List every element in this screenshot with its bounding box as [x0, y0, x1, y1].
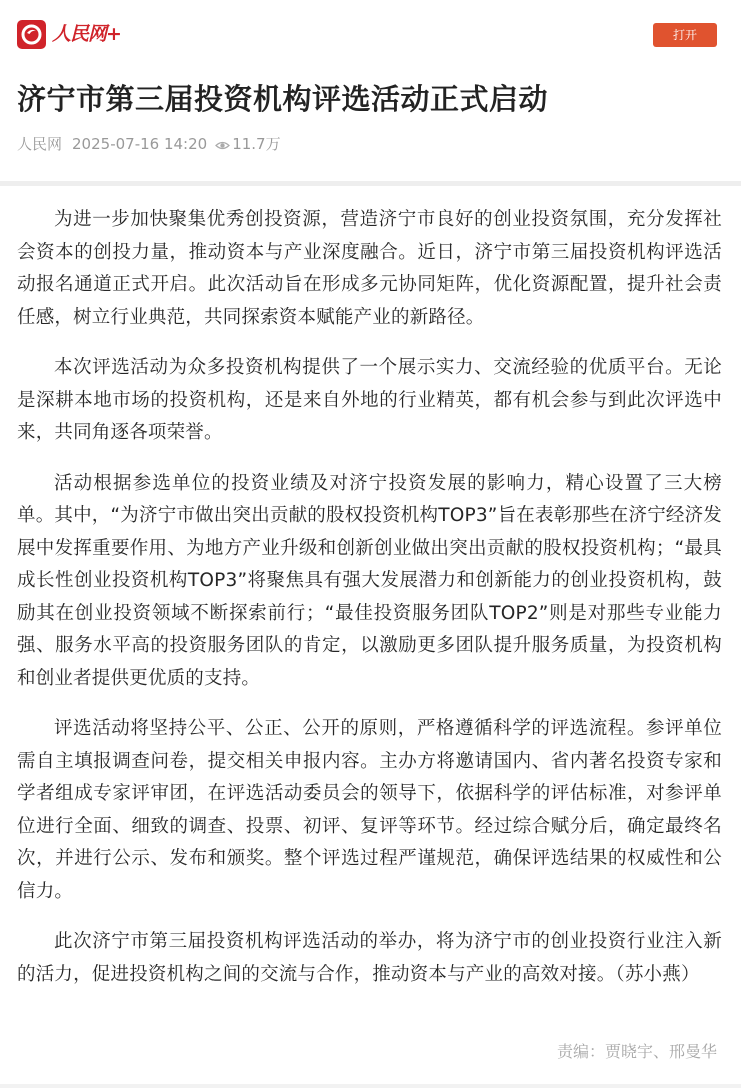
article-meta: 人民网 2025-07-16 14:20 11.7万	[17, 134, 281, 154]
view-count: 11.7万	[232, 134, 280, 154]
open-app-button[interactable]: 打开	[653, 23, 717, 47]
article-body: 为进一步加快聚集优秀创投资源，营造济宁市良好的创业投资氛围，充分发挥社会资本的创…	[17, 204, 722, 1009]
eye-icon	[215, 138, 230, 153]
article-paragraph: 此次济宁市第三届投资机构评选活动的举办，将为济宁市的创业投资行业注入新的活力，促…	[17, 926, 722, 991]
people-daily-logo-icon	[17, 20, 46, 49]
article-paragraph: 为进一步加快聚集优秀创投资源，营造济宁市良好的创业投资氛围，充分发挥社会资本的创…	[17, 204, 722, 334]
article-paragraph: 本次评选活动为众多投资机构提供了一个展示实力、交流经验的优质平台。无论是深耕本地…	[17, 352, 722, 450]
top-bar: 人民网+ 打开	[0, 0, 741, 70]
publish-time: 2025-07-16 14:20	[72, 134, 207, 154]
responsible-editor: 责编：贾晓宇、邢曼华	[557, 1040, 717, 1064]
article-paragraph: 评选活动将坚持公平、公正、公开的原则，严格遵循科学的评选流程。参评单位需自主填报…	[17, 713, 722, 908]
logo-text: 人民网+	[52, 20, 121, 49]
app-logo[interactable]: 人民网+	[17, 20, 121, 49]
bottom-divider	[0, 1084, 741, 1088]
article-source[interactable]: 人民网	[17, 134, 62, 154]
article-title: 济宁市第三届投资机构评选活动正式启动	[17, 78, 727, 120]
article-paragraph: 活动根据参选单位的投资业绩及对济宁投资发展的影响力，精心设置了三大榜单。其中，“…	[17, 468, 722, 696]
section-divider	[0, 181, 741, 186]
